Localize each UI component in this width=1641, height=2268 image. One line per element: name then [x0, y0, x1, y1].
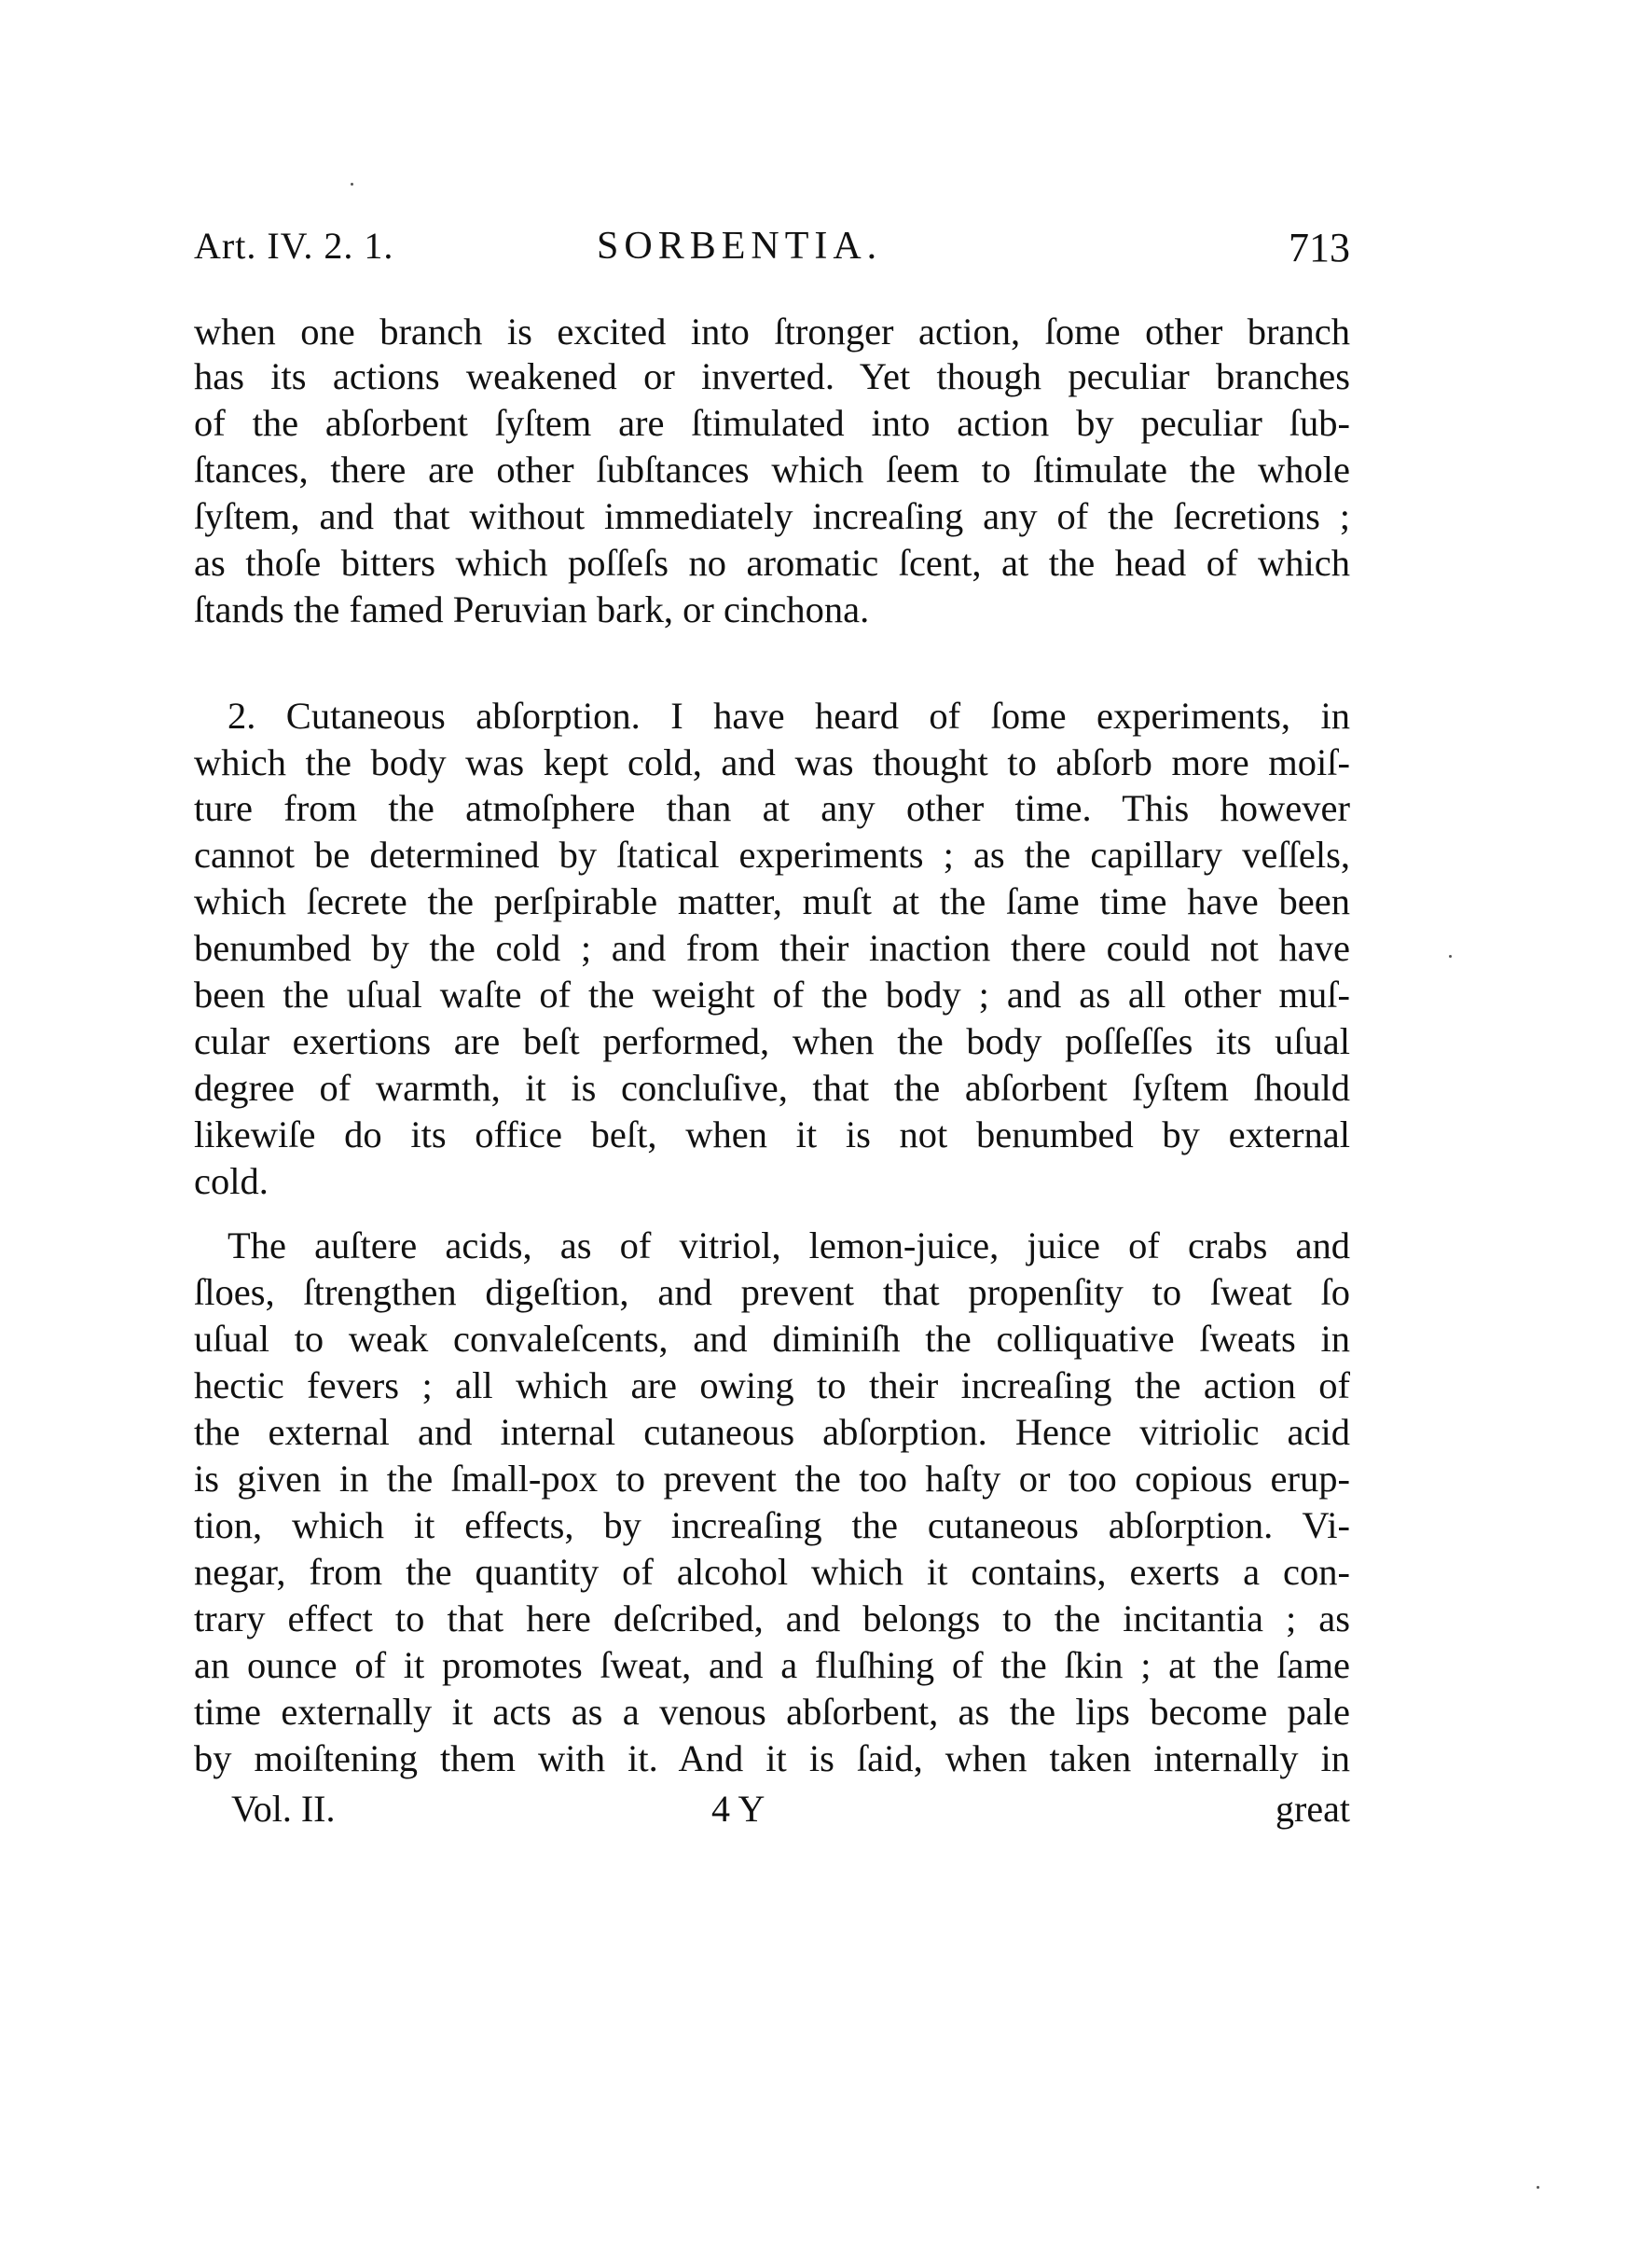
text-line: which the body was kept cold, and was th…: [194, 740, 1350, 785]
text-line: ture from the atmoſphere than at any oth…: [194, 786, 1350, 831]
text-line: time externally it acts as a venous abſo…: [194, 1690, 1350, 1735]
text-line: ſtances, there are other ſubſtances whic…: [194, 448, 1350, 492]
text-line: an ounce of it promotes ſweat, and a flu…: [194, 1643, 1350, 1688]
scan-speck: [351, 183, 353, 186]
text-line: ſtands the famed Peruvian bark, or cinch…: [194, 588, 1350, 632]
page-title: SORBENTIA.: [597, 224, 882, 269]
text-line: uſual to weak convaleſcents, and diminiſ…: [194, 1317, 1350, 1362]
catchword: great: [1276, 1787, 1350, 1831]
section-reference: Art. IV. 2. 1.: [194, 224, 393, 268]
book-page: Art. IV. 2. 1. SORBENTIA. 713 when one b…: [0, 0, 1641, 2268]
text-line: the external and internal cutaneous abſo…: [194, 1410, 1350, 1455]
text-line: is given in the ſmall-pox to prevent the…: [194, 1457, 1350, 1501]
text-line: cold.: [194, 1159, 1350, 1204]
text-line: trary effect to that here deſcribed, and…: [194, 1597, 1350, 1641]
running-header: Art. IV. 2. 1. SORBENTIA. 713: [194, 224, 1350, 280]
text-line: cannot be determined by ſtatical experim…: [194, 833, 1350, 878]
scan-speck: [1537, 2186, 1539, 2189]
scan-speck: [1449, 955, 1452, 958]
text-line: when one branch is excited into ſtronger…: [194, 310, 1350, 354]
text-line: been the uſual waſte of the weight of th…: [194, 973, 1350, 1017]
text-line: cular exertions are beſt performed, when…: [194, 1019, 1350, 1064]
text-line: tion, which it effects, by increaſing th…: [194, 1503, 1350, 1548]
text-line: ſloes, ſtrengthen digeſtion, and prevent…: [194, 1270, 1350, 1315]
text-line: 2. Cutaneous abſorption. I have heard of…: [228, 694, 1350, 739]
signature-mark: 4 Y: [711, 1787, 765, 1831]
text-line: as thoſe bitters which poſſeſs no aromat…: [194, 541, 1350, 586]
text-line: hectic fevers ; all which are owing to t…: [194, 1363, 1350, 1408]
text-line: degree of warmth, it is concluſive, that…: [194, 1066, 1350, 1111]
page-number: 713: [1289, 224, 1350, 271]
text-line: The auſtere acids, as of vitriol, lemon-…: [228, 1224, 1350, 1268]
volume-label: Vol. II.: [231, 1787, 335, 1831]
text-line: has its actions weakened or inverted. Ye…: [194, 354, 1350, 399]
text-line: of the abſorbent ſyſtem are ſtimulated i…: [194, 401, 1350, 446]
text-line: benumbed by the cold ; and from their in…: [194, 926, 1350, 971]
text-line: ſyſtem, and that without immediately inc…: [194, 494, 1350, 539]
text-line: by moiſtening them with it. And it is ſa…: [194, 1736, 1350, 1781]
page-footer: Vol. II. 4 Y great: [194, 1787, 1350, 1839]
text-line: negar, from the quantity of alcohol whic…: [194, 1550, 1350, 1595]
text-line: likewiſe do its office beſt, when it is …: [194, 1113, 1350, 1157]
text-line: which ſecrete the perſpirable matter, mu…: [194, 879, 1350, 924]
